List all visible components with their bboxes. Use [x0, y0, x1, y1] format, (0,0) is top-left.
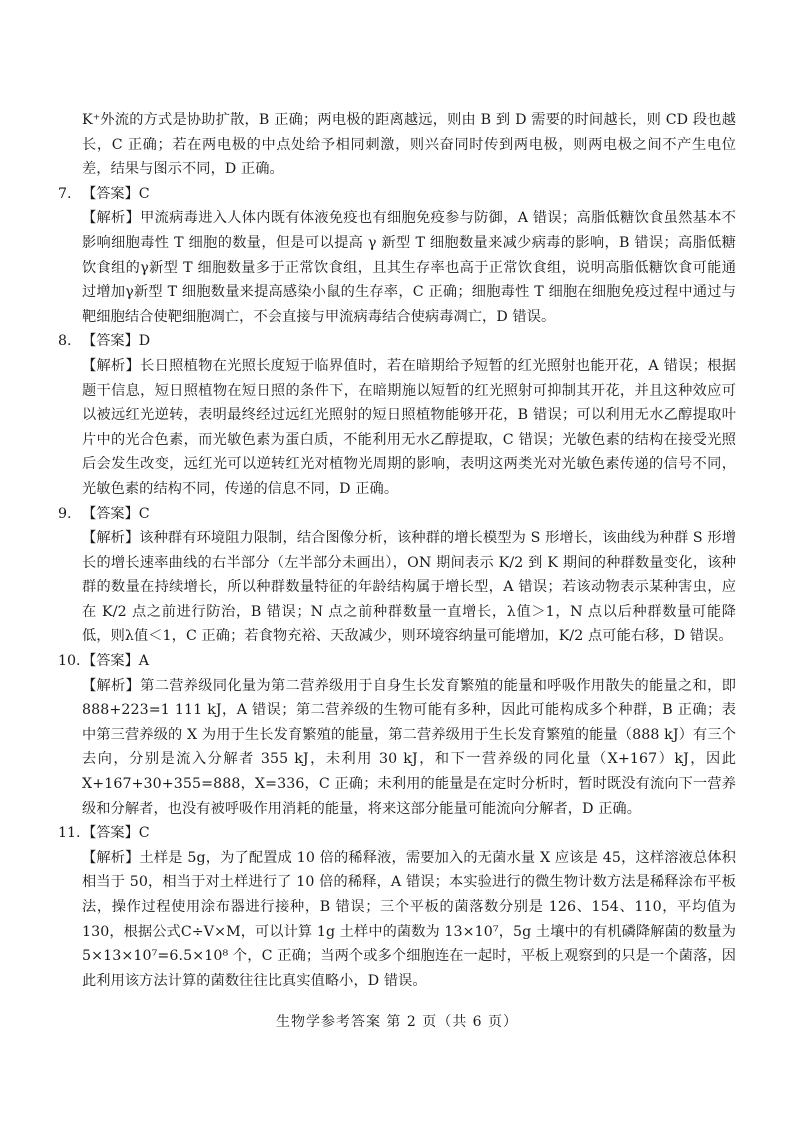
explanation: 【解析】该种群有环境阻力限制，结合图像分析，该种群的增长模型为 S 形增长，该曲…	[58, 526, 736, 649]
question-8: 8. 【答案】D 【解析】长日照植物在光照长度短于临界值时，若在暗期给予短暂的红…	[58, 329, 736, 501]
page-footer: 生物学参考答案 第 2 页（共 6 页）	[0, 1012, 794, 1032]
explanation: 【解析】第二营养级同化量为第二营养级用于自身生长发育繁殖的能量和呼吸作用散失的能…	[58, 674, 736, 822]
document-page: K⁺外流的方式是协助扩散，B 正确；两电极的距离越远，则由 B 到 D 需要的时…	[0, 0, 794, 1123]
explanation: 【解析】甲流病毒进入人体内既有体液免疫也有细胞免疫参与防御，A 错误；高脂低糖饮…	[58, 206, 736, 329]
question-number: 7.	[58, 182, 82, 207]
answer-label: 【答案】C	[82, 821, 150, 846]
question-9: 9. 【答案】C 【解析】该种群有环境阻力限制，结合图像分析，该种群的增长模型为…	[58, 502, 736, 650]
answer-label: 【答案】C	[82, 502, 150, 527]
question-number: 8.	[58, 329, 82, 354]
answer-line: 8. 【答案】D	[58, 329, 736, 354]
answer-line: 9. 【答案】C	[58, 502, 736, 527]
question-11: 11. 【答案】C 【解析】土样是 5g，为了配置成 10 倍的稀释液，需要加入…	[58, 821, 736, 993]
question-number: 9.	[58, 502, 82, 527]
answer-line: 7. 【答案】C	[58, 182, 736, 207]
question-10: 10. 【答案】A 【解析】第二营养级同化量为第二营养级用于自身生长发育繁殖的能…	[58, 649, 736, 821]
answer-content: K⁺外流的方式是协助扩散，B 正确；两电极的距离越远，则由 B 到 D 需要的时…	[58, 108, 736, 993]
answer-label: 【答案】C	[82, 182, 150, 207]
explanation: 【解析】长日照植物在光照长度短于临界值时，若在暗期给予短暂的红光照射也能开花，A…	[58, 354, 736, 502]
question-7: 7. 【答案】C 【解析】甲流病毒进入人体内既有体液免疫也有细胞免疫参与防御，A…	[58, 182, 736, 330]
explanation: 【解析】土样是 5g，为了配置成 10 倍的稀释液，需要加入的无菌水量 X 应该…	[58, 846, 736, 994]
question-number: 11.	[58, 821, 82, 846]
continuation-paragraph: K⁺外流的方式是协助扩散，B 正确；两电极的距离越远，则由 B 到 D 需要的时…	[58, 108, 736, 182]
answer-line: 10. 【答案】A	[58, 649, 736, 674]
question-number: 10.	[58, 649, 82, 674]
answer-label: 【答案】D	[82, 329, 150, 354]
answer-line: 11. 【答案】C	[58, 821, 736, 846]
answer-label: 【答案】A	[82, 649, 149, 674]
